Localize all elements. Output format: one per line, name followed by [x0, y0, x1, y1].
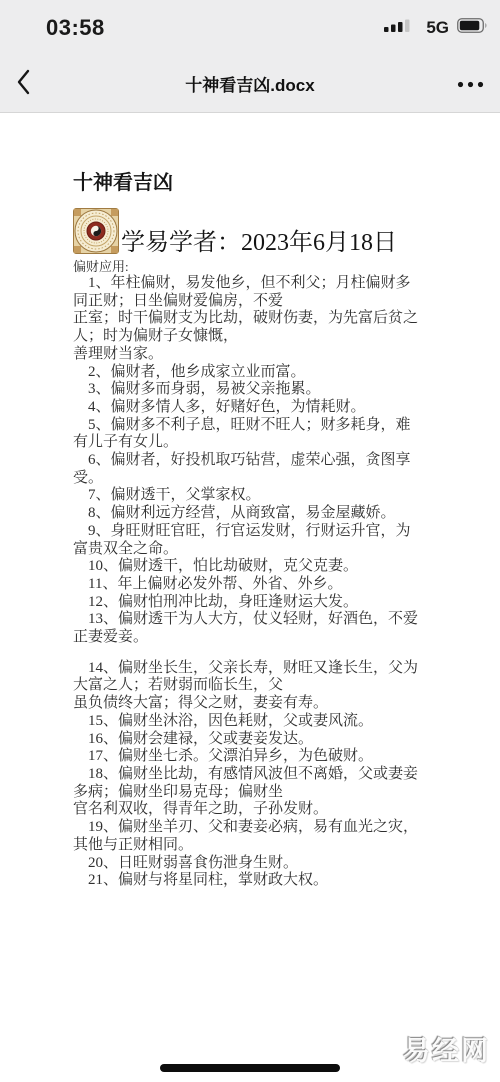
section-label: 偏财应用:: [73, 258, 462, 275]
document-title: 十神看吉凶: [73, 113, 462, 196]
document-body: 1、年柱偏财，易发他乡，但不利父；月柱偏财多同正财；日坐偏财爱偏房，不爱正室；时…: [73, 275, 462, 890]
doc-line: 4、偏财多情人多，好赌好色，为情耗财。: [73, 399, 462, 417]
more-options-button[interactable]: [450, 76, 484, 91]
back-button[interactable]: [16, 69, 50, 98]
doc-line: 14、偏财坐长生，父亲长寿，财旺又逢长生，父为: [73, 660, 462, 678]
doc-line: 19、偏财坐羊刃、父和妻妾必病，易有血光之灾，: [73, 819, 462, 837]
doc-line: 11、年上偏财必发外帮、外省、外乡。: [73, 576, 462, 594]
phone-screen: 03:58 5G: [0, 0, 500, 1082]
watermark: 易经网: [403, 1029, 490, 1068]
signal-bars-icon: [384, 19, 418, 37]
doc-line: 9、身旺财旺官旺，行官运发财，行财运升官，为: [73, 523, 462, 541]
doc-line: 2、偏财者，他乡成家立业而富。: [73, 364, 462, 382]
status-right-cluster: 5G: [384, 18, 488, 38]
nav-bar: 十神看吉凶.docx: [0, 55, 500, 113]
doc-line: 6、偏财者，好投机取巧钻营，虚荣心强，贪图享: [73, 452, 462, 470]
doc-line: 大富之人；若财弱而临长生，父: [73, 677, 462, 695]
doc-line: 7、偏财透干，父掌家权。: [73, 487, 462, 505]
doc-line: 10、偏财透干，怕比劫破财，克父克妻。: [73, 558, 462, 576]
doc-line: 5、偏财多不利子息，旺财不旺人；财多耗身，难: [73, 417, 462, 435]
doc-line: 多病；偏财坐印易克母；偏财坐: [73, 784, 462, 802]
doc-line: 人；时为偏财子女慷慨，: [73, 328, 462, 346]
battery-icon: [457, 18, 488, 38]
status-bar: 03:58 5G: [0, 0, 500, 55]
doc-line: 12、偏财怕刑冲比劫，身旺逢财运大发。: [73, 594, 462, 612]
doc-line: 富贵双全之命。: [73, 541, 462, 559]
doc-line: 善理财当家。: [73, 346, 462, 364]
byline-row: 学易学者：2023年6月18日: [73, 208, 462, 254]
doc-line: 17、偏财坐七杀。父漂泊异乡，为色破财。: [73, 748, 462, 766]
home-indicator[interactable]: [160, 1064, 340, 1072]
network-label: 5G: [426, 18, 449, 38]
doc-line: 16、偏财会建禄，父或妻妾发达。: [73, 731, 462, 749]
document-filename-title: 十神看吉凶.docx: [50, 71, 450, 96]
doc-line: 13、偏财透干为人大方，仗义轻财，好酒色，不爱: [73, 611, 462, 629]
doc-line: 20、日旺财弱喜食伤泄身生财。: [73, 855, 462, 873]
doc-line: 有儿子有女儿。: [73, 434, 462, 452]
doc-line: 3、偏财多而身弱，易被父亲拖累。: [73, 381, 462, 399]
status-time: 03:58: [46, 15, 105, 41]
doc-line: 其他与正财相同。: [73, 837, 462, 855]
doc-line: 1、年柱偏财，易发他乡，但不利父；月柱偏财多: [73, 275, 462, 293]
doc-line: [73, 647, 462, 660]
doc-line: 21、偏财与将星同柱，掌财政大权。: [73, 872, 462, 890]
doc-line: 8、偏财利远方经营，从商致富，易金屋藏娇。: [73, 505, 462, 523]
doc-line: 官名利双收，得青年之助，子孙发财。: [73, 801, 462, 819]
doc-line: 同正财；日坐偏财爱偏房，不爱: [73, 293, 462, 311]
doc-line: 15、偏财坐沐浴，因色耗财，父或妻风流。: [73, 713, 462, 731]
ellipsis-icon: [457, 76, 484, 91]
doc-line: 正室；时干偏财支为比劫，破财伤妻，为先富后贫之: [73, 310, 462, 328]
author-date-line: 学易学者：2023年6月18日: [121, 230, 397, 256]
doc-line: 受。: [73, 470, 462, 488]
luopan-compass-image: [73, 208, 119, 254]
doc-line: 虽负债终大富；得父之财，妻妾有寿。: [73, 695, 462, 713]
doc-line: 18、偏财坐比劫，有感情风波但不离婚，父或妻妾: [73, 766, 462, 784]
document-page[interactable]: 十神看吉凶: [0, 113, 500, 890]
back-chevron-icon: [16, 69, 30, 98]
doc-line: 正妻爱妾。: [73, 629, 462, 647]
